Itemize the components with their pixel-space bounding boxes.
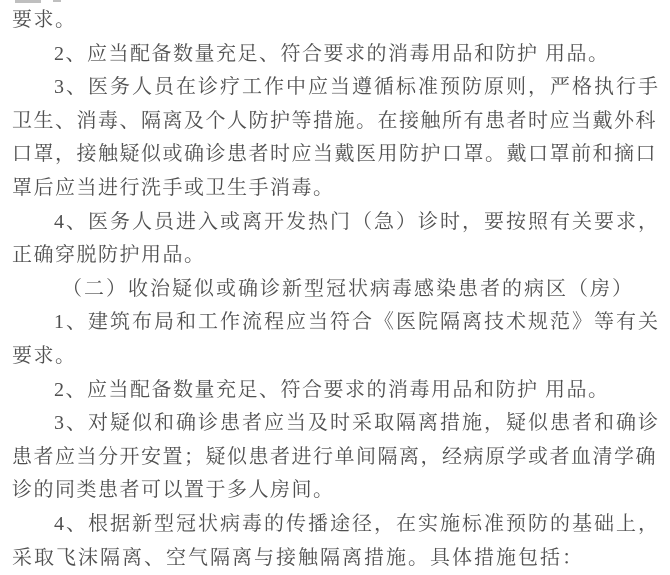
doc-line: 4、根据新型冠状病毒的传播途径，在实施标准预防的基础上， bbox=[12, 508, 660, 542]
cutoff-character-fragment bbox=[15, 0, 41, 3]
doc-line: 卫生、消毒、隔离及个人防护等措施。在接触所有患者时应当戴外科 bbox=[12, 105, 660, 139]
document-page: 要求。 2、应当配备数量充足、符合要求的消毒用品和防护 用品。 3、医务人员在诊… bbox=[0, 0, 670, 575]
doc-line: 采取飞沫隔离、空气隔离与接触隔离措施。具体措施包括： bbox=[12, 542, 660, 575]
doc-section-heading: （二）收治疑似或确诊新型冠状病毒感染患者的病区（房） bbox=[12, 273, 660, 307]
doc-line: 2、应当配备数量充足、符合要求的消毒用品和防护 用品。 bbox=[12, 38, 660, 72]
doc-line: 口罩，接触疑似或确诊患者时应当戴医用防护口罩。戴口罩前和摘口 bbox=[12, 138, 660, 172]
doc-line: 正确穿脱防护用品。 bbox=[12, 239, 660, 273]
doc-line: 1、建筑布局和工作流程应当符合《医院隔离技术规范》等有关 bbox=[12, 306, 660, 340]
doc-line: 2、应当配备数量充足、符合要求的消毒用品和防护 用品。 bbox=[12, 374, 660, 408]
doc-line: 患者应当分开安置；疑似患者进行单间隔离，经病原学或者血清学确 bbox=[12, 441, 660, 475]
doc-line: 诊的同类患者可以置于多人房间。 bbox=[12, 474, 660, 508]
doc-line: 罩后应当进行洗手或卫生手消毒。 bbox=[12, 172, 660, 206]
doc-line: 3、对疑似和确诊患者应当及时采取隔离措施，疑似患者和确诊 bbox=[12, 407, 660, 441]
doc-line: 4、医务人员进入或离开发热门（急）诊时，要按照有关要求， bbox=[12, 206, 660, 240]
doc-line: 要求。 bbox=[12, 4, 660, 38]
doc-line: 3、医务人员在诊疗工作中应当遵循标准预防原则，严格执行手 bbox=[12, 71, 660, 105]
doc-line: 要求。 bbox=[12, 340, 660, 374]
cutoff-character-fragment bbox=[53, 0, 61, 2]
